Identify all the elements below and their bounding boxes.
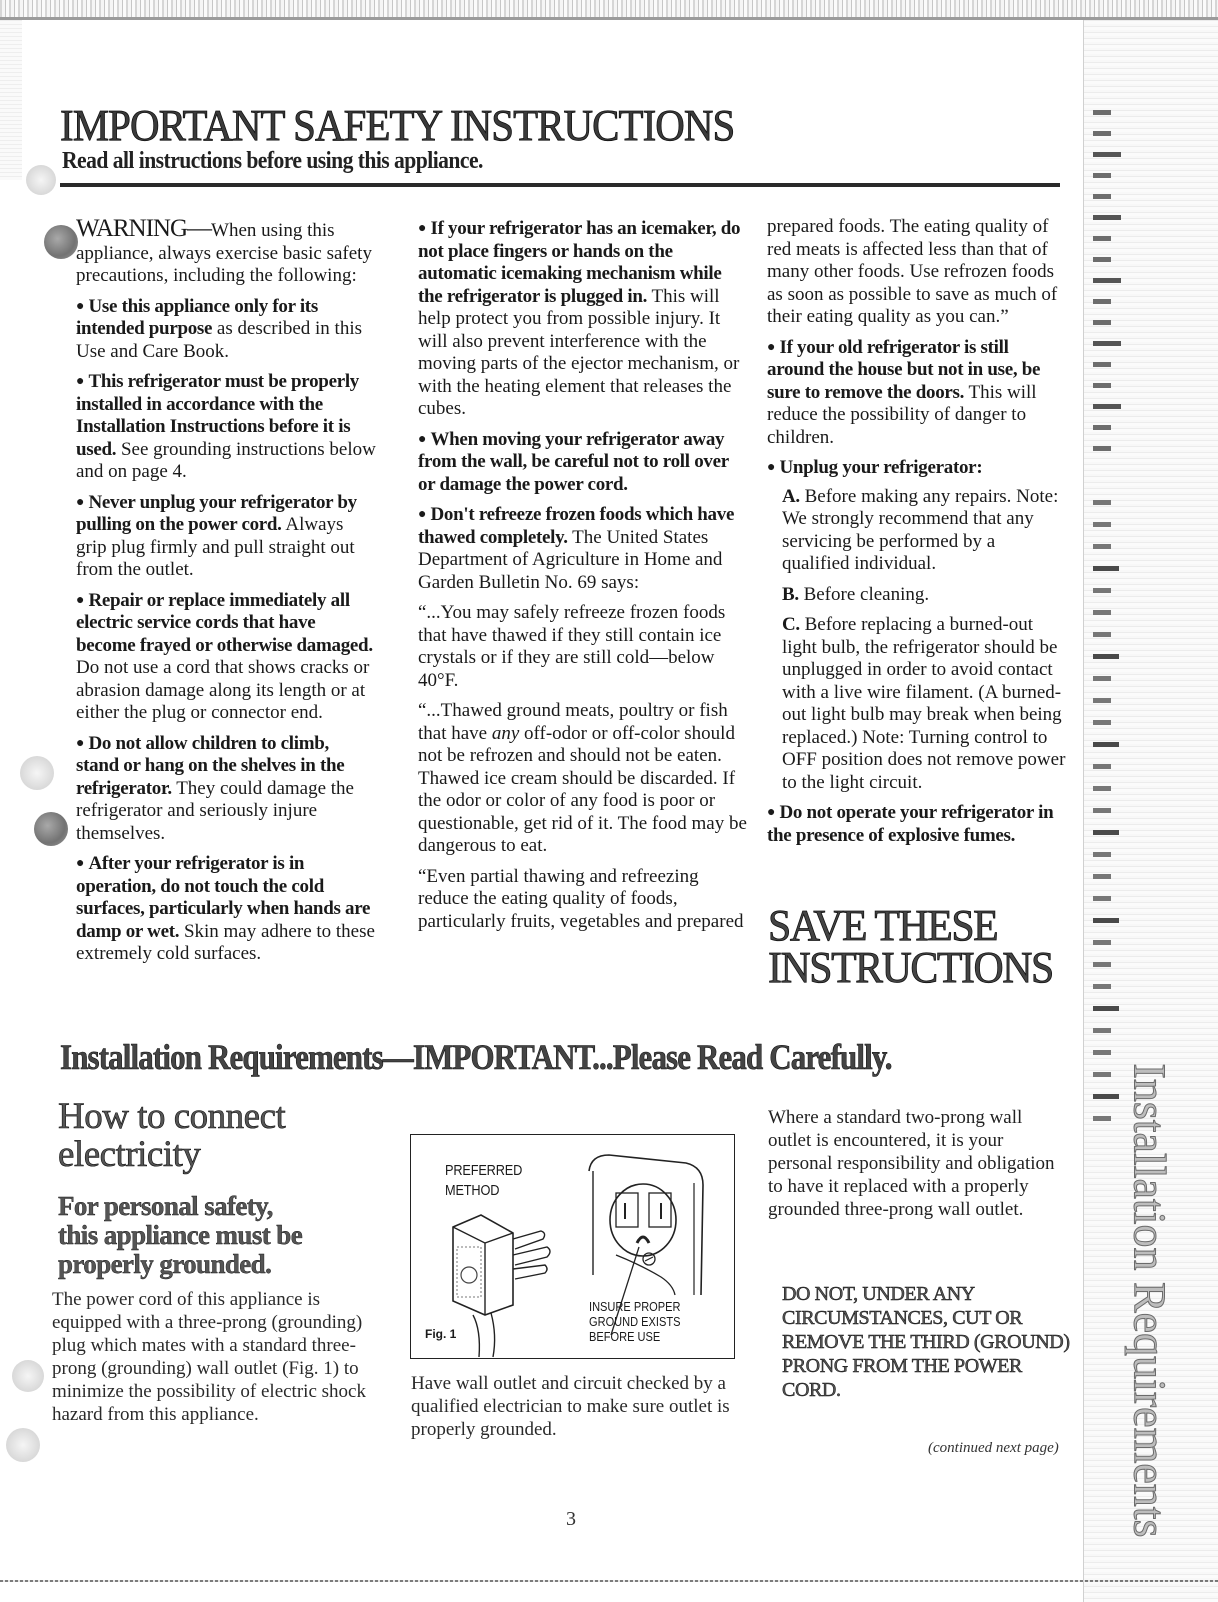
safety-item-bold: Unplug your refrigerator:: [779, 457, 982, 478]
binder-hole-icon: [6, 1428, 40, 1462]
installation-heading: Installation Requirements—IMPORTANT...Pl…: [60, 1036, 892, 1078]
unplug-step-c: C. Before replacing a burned-out light b…: [782, 614, 1067, 794]
safety-item: ●Use this appliance only for its intende…: [76, 296, 376, 364]
safety-column-1: WARNING—When using this appliance, alway…: [76, 218, 376, 974]
scan-top-edge: [0, 0, 1218, 20]
bullet-icon: ●: [767, 340, 775, 355]
safety-item-bold: Repair or replace immediately all electr…: [76, 590, 373, 656]
safety-item-text: Do not use a cord that shows cracks or a…: [76, 657, 369, 723]
binder-hole-icon: [34, 812, 68, 846]
section-title-line: electricity: [58, 1136, 285, 1174]
scan-bottom-edge: [0, 1580, 1218, 1582]
figure-label-line: METHOD: [445, 1181, 522, 1201]
warning-paragraph: WARNING—When using this appliance, alway…: [76, 218, 376, 288]
step-text: Before making any repairs. Note: We stro…: [782, 486, 1058, 575]
safety-item: ●Don't refreeze frozen foods which have …: [418, 504, 748, 594]
header-divider: [60, 183, 1060, 187]
safety-item: ●This refrigerator must be properly inst…: [76, 371, 376, 484]
bullet-icon: ●: [76, 856, 84, 871]
figure-note-line: BEFORE USE: [589, 1329, 680, 1344]
safety-item-bold: Do not operate your refrigerator in the …: [767, 802, 1053, 846]
power-cord-paragraph: The power cord of this appliance is equi…: [52, 1288, 372, 1426]
continued-note: (continued next page): [928, 1440, 1059, 1457]
figure-label: PREFERRED METHOD: [445, 1161, 522, 1201]
safety-item-text: See grounding instructions below and on …: [76, 439, 376, 483]
safety-item: ●After your refrigerator is in operation…: [76, 853, 376, 966]
figure-note-line: INSURE PROPER: [589, 1299, 680, 1314]
bullet-icon: ●: [76, 299, 84, 314]
usda-quote-3: “Even partial thawing and refreezing red…: [418, 866, 748, 934]
bullet-icon: ●: [418, 507, 426, 522]
section-title: How to connect electricity: [58, 1098, 285, 1174]
bullet-icon: ●: [767, 805, 775, 820]
safety-item: ●Unplug your refrigerator:: [767, 457, 1067, 480]
page-number: 3: [566, 1508, 576, 1531]
bullet-icon: ●: [418, 432, 426, 447]
ground-prong-warning: DO NOT, UNDER ANY CIRCUMSTANCES, CUT OR …: [782, 1282, 1082, 1402]
safety-item: ●If your refrigerator has an icemaker, d…: [418, 218, 748, 421]
grounding-callout: For personal safety, this appliance must…: [58, 1192, 302, 1279]
unplug-step-b: B. Before cleaning.: [782, 584, 1067, 607]
figure-number: Fig. 1: [425, 1327, 456, 1341]
side-tab-marks-middle: [1093, 500, 1133, 1138]
usda-quote-1: “...You may safely refreeze frozen foods…: [418, 602, 748, 692]
binder-hole-icon: [12, 1360, 44, 1392]
safety-item: ●Repair or replace immediately all elect…: [76, 590, 376, 725]
safety-column-2: ●If your refrigerator has an icemaker, d…: [418, 218, 748, 942]
usda-quote-3-continued: prepared foods. The eating quality of re…: [767, 216, 1067, 329]
binder-hole-icon: [20, 756, 54, 790]
figure-1-grounded-plug: PREFERRED METHOD INSURE PROPER GROUND EX…: [410, 1134, 735, 1359]
callout-line: For personal safety,: [58, 1192, 302, 1221]
warning-label: WARNING—: [76, 215, 211, 242]
binder-hole-icon: [44, 225, 78, 259]
page-title: IMPORTANT SAFETY INSTRUCTIONS: [60, 100, 734, 151]
step-text: Before cleaning.: [799, 584, 929, 605]
safety-column-3: prepared foods. The eating quality of re…: [767, 216, 1067, 855]
side-tab-text: Installation Requirements: [1124, 1063, 1177, 1537]
step-label: C.: [782, 614, 800, 635]
bullet-icon: ●: [76, 593, 84, 608]
scan-left-edge: [0, 20, 22, 180]
bullet-icon: ●: [418, 221, 426, 236]
safety-item: ●Do not operate your refrigerator in the…: [767, 802, 1067, 847]
step-text: Before replacing a burned-out light bulb…: [782, 614, 1065, 793]
side-tab-label: Installation Requirements: [1120, 1060, 1180, 1540]
bullet-icon: ●: [76, 495, 84, 510]
figure-note: INSURE PROPER GROUND EXISTS BEFORE USE: [589, 1299, 680, 1344]
bullet-icon: ●: [76, 374, 84, 389]
binder-hole-icon: [26, 165, 56, 195]
step-label: A.: [782, 486, 800, 507]
callout-line: this appliance must be: [58, 1221, 302, 1250]
bullet-icon: ●: [76, 736, 84, 751]
save-these-instructions: SAVE THESE INSTRUCTIONS: [768, 905, 1053, 989]
figure-note-line: GROUND EXISTS: [589, 1314, 680, 1329]
step-label: B.: [782, 584, 799, 605]
safety-item: ●If your old refrigerator is still aroun…: [767, 337, 1067, 450]
quote-emphasis: any: [492, 723, 519, 744]
figure-label-line: PREFERRED: [445, 1161, 522, 1181]
bullet-icon: ●: [767, 460, 775, 475]
save-line-1: SAVE THESE: [768, 905, 1053, 947]
usda-quote-2: “...Thawed ground meats, poultry or fish…: [418, 700, 748, 858]
page-subtitle: Read all instructions before using this …: [62, 148, 483, 175]
safety-item: ●Do not allow children to climb, stand o…: [76, 733, 376, 846]
section-title-line: How to connect: [58, 1098, 285, 1136]
safety-item-bold: When moving your refrigerator away from …: [418, 429, 729, 495]
save-line-2: INSTRUCTIONS: [768, 947, 1053, 989]
callout-line: properly grounded.: [58, 1250, 302, 1279]
side-tab-marks-top: [1093, 110, 1133, 467]
safety-item: ●Never unplug your refrigerator by pulli…: [76, 492, 376, 582]
two-prong-paragraph: Where a standard two-prong wall outlet i…: [768, 1106, 1068, 1221]
unplug-step-a: A. Before making any repairs. Note: We s…: [782, 486, 1067, 576]
safety-item: ●When moving your refrigerator away from…: [418, 429, 748, 497]
figure-caption: Have wall outlet and circuit checked by …: [411, 1372, 741, 1441]
